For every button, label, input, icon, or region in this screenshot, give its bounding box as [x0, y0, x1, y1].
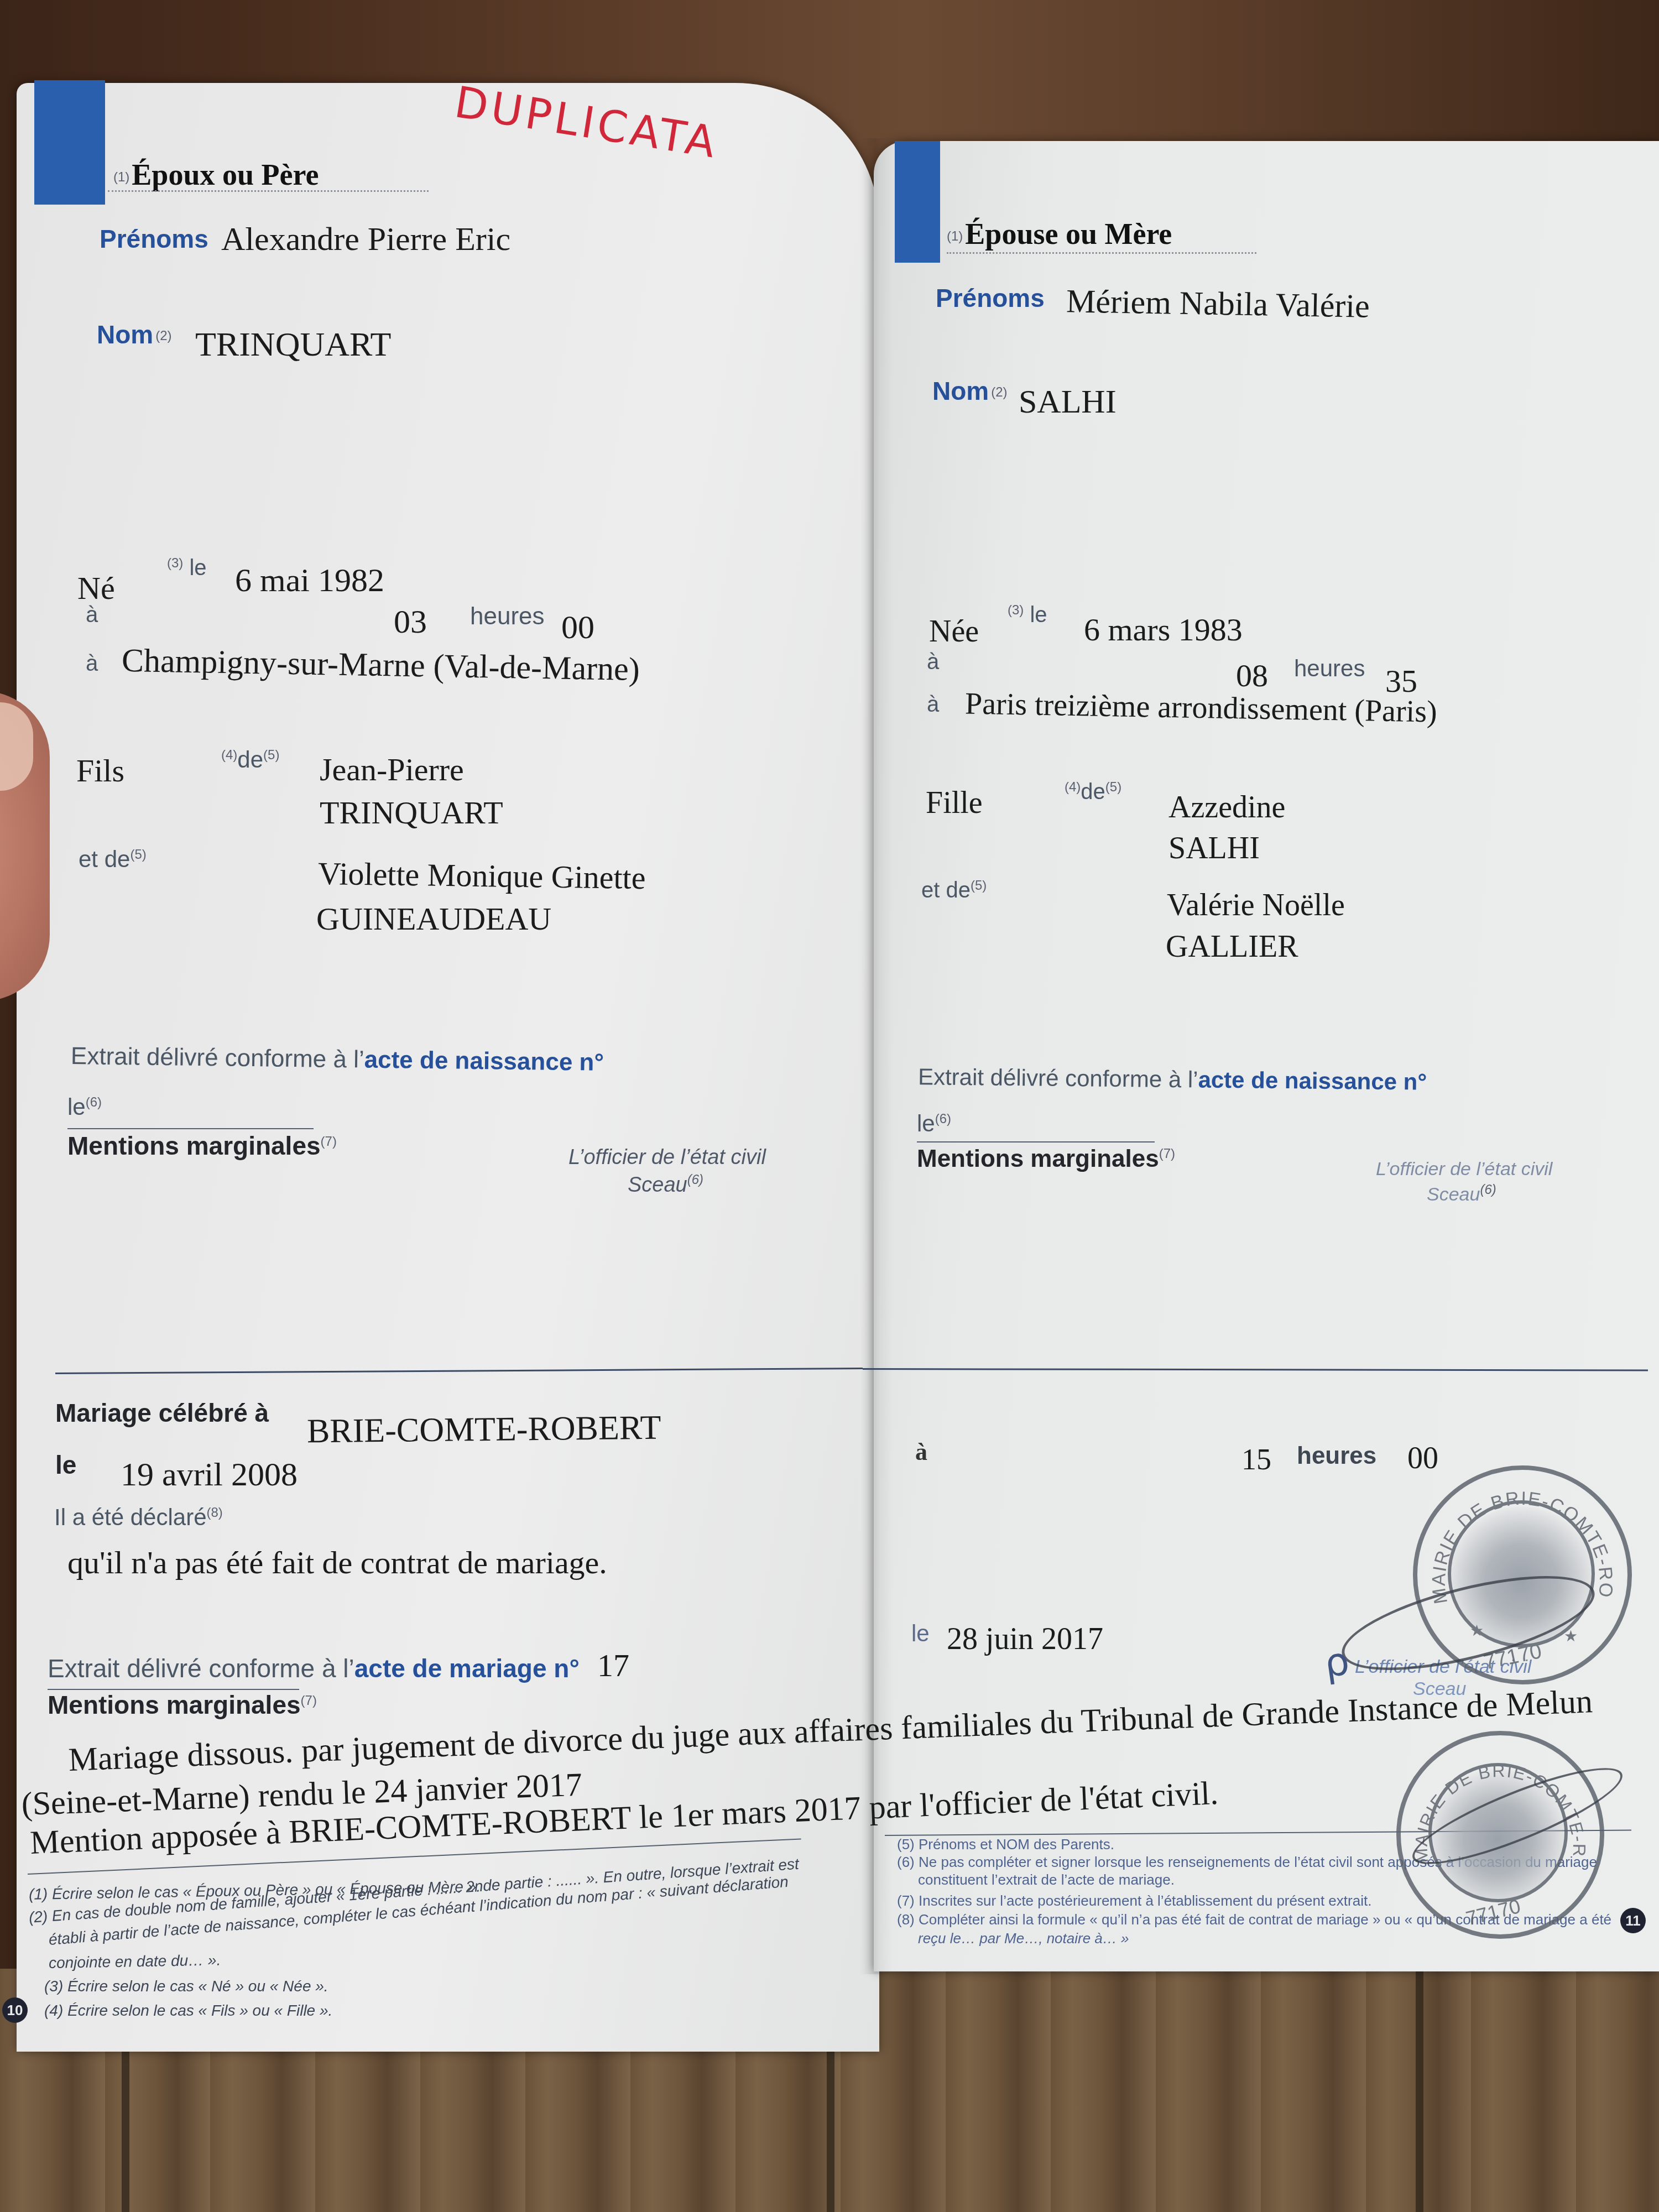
footnote-ref: (8): [207, 1505, 223, 1520]
nom-label-group: Nom (2): [97, 320, 172, 349]
officier-label: L’officier de l’état civil: [568, 1146, 766, 1170]
left-header-tab: [34, 80, 105, 205]
et-de-label: et de: [79, 846, 130, 872]
footnote-8-cont: reçu le… par Me…, notaire à… »: [918, 1930, 1129, 1947]
footnote-4: (4) Écrire selon le cas « Fils » ou « Fi…: [44, 2002, 332, 2020]
mentions-marginales-label: Mentions marginales: [67, 1131, 321, 1160]
sceau-label: Sceau: [1427, 1184, 1480, 1205]
fils-label: Fils: [76, 752, 124, 789]
issued-date: 28 juin 2017: [947, 1621, 1103, 1657]
epouse-birth-date: 6 mars 1983: [1084, 611, 1243, 648]
extrait-naissance-line: Extrait délivré conforme à l’acte de nai…: [918, 1063, 1427, 1096]
nom-label-group: Nom (2): [932, 376, 1008, 406]
footnote-3: (3) Écrire selon le cas « Né » ou « Née …: [44, 1978, 328, 1995]
de-label: de: [1081, 780, 1105, 804]
mentions-label-group: Mentions marginales(7): [67, 1131, 337, 1161]
signature-rule: [917, 1141, 1155, 1142]
section-title-epoux: Époux ou Père: [132, 158, 319, 191]
footnote-6-cont: constituent l’extrait de l’acte de maria…: [918, 1871, 1175, 1888]
footnote-ref: (4): [221, 748, 237, 763]
marriage-declaration: qu'il n'a pas été fait de contrat de mar…: [67, 1544, 607, 1581]
footnote-ref: (6): [935, 1112, 951, 1126]
page-number-left: 10: [2, 1997, 28, 2023]
left-section-header: (1) Époux ou Père: [113, 158, 319, 192]
le-label-group: (3) le: [1008, 603, 1047, 628]
marriage-a-label: à: [915, 1438, 927, 1466]
footnote-ref: (3): [1008, 603, 1024, 618]
footnote-ref: (5): [1105, 780, 1121, 795]
extrait-le-label: le: [917, 1110, 935, 1136]
sceau-label-group: Sceau(6): [628, 1172, 703, 1197]
footnote-ref: (4): [1065, 780, 1081, 795]
extrait-acte-label: acte de mariage n°: [354, 1654, 580, 1683]
officier-label: L’officier de l’état civil: [1376, 1159, 1552, 1180]
footnote-ref: (7): [1159, 1146, 1175, 1161]
epoux-birth-date: 6 mai 1982: [235, 561, 384, 599]
epouse-father-first-names: Azzedine: [1168, 790, 1285, 825]
marriage-date: 19 avril 2008: [121, 1455, 298, 1494]
extrait-mariage-line: Extrait délivré conforme à l’acte de mar…: [48, 1653, 580, 1683]
fille-label: Fille: [926, 785, 983, 821]
a-label: à: [86, 603, 98, 628]
issued-le-label: le: [911, 1620, 930, 1647]
epoux-nom: TRINQUART: [195, 325, 391, 364]
footnote-ref: (3): [167, 556, 183, 571]
mariage-celebre-label: Mariage célébré à: [55, 1398, 269, 1428]
epoux-mother-last-name: GUINEAUDEAU: [316, 900, 551, 937]
a-label: à: [927, 650, 939, 675]
epoux-prenoms: Alexandre Pierre Eric: [221, 220, 510, 258]
right-header-tab: [895, 141, 940, 263]
epouse-nom: SALHI: [1019, 383, 1117, 421]
nee-label: Née: [929, 614, 979, 649]
extrait-le-group: le(6): [67, 1094, 102, 1120]
et-de-label: et de: [921, 878, 971, 902]
footnote-7: (7) Inscrites sur l’acte postérieurement…: [897, 1892, 1371, 1910]
de-label-group: (4)de(5): [221, 747, 279, 773]
footnote-ref: (1): [947, 229, 963, 244]
heures-label: heures: [1294, 655, 1365, 682]
et-de-label-group: et de(5): [79, 846, 147, 873]
le-label: le: [189, 556, 206, 580]
svg-text:77170: 77170: [1463, 1895, 1522, 1930]
right-section-header: (1) Épouse ou Mère: [947, 217, 1172, 251]
footnote-ref: (5): [130, 847, 146, 862]
ne-label: Né: [77, 570, 115, 607]
footnote-ref: (1): [113, 170, 129, 185]
birth-place-a-label: à: [86, 651, 98, 676]
le-label: le: [1030, 603, 1047, 627]
mentions-label-group: Mentions marginales(7): [48, 1690, 317, 1720]
footnote-5: (5) Prénoms et NOM des Parents.: [897, 1836, 1114, 1853]
section-title-epouse: Épouse ou Mère: [965, 217, 1172, 251]
footnote-ref: (2): [155, 328, 171, 343]
marriage-heures-label: heures: [1297, 1442, 1376, 1470]
extrait-prefix: Extrait délivré conforme à l’: [918, 1063, 1198, 1092]
epouse-mother-last-name: GALLIER: [1166, 929, 1298, 964]
epoux-birth-minutes: 00: [561, 608, 594, 646]
extrait-acte-label: acte de naissance n°: [364, 1046, 604, 1076]
footnote-ref: (7): [301, 1693, 317, 1708]
epoux-father-last-name: TRINQUART: [320, 794, 503, 831]
epouse-father-last-name: SALHI: [1168, 831, 1260, 866]
mentions-label-group: Mentions marginales(7): [917, 1145, 1175, 1173]
epouse-prenoms: Mériem Nabila Valérie: [1066, 282, 1370, 326]
de-label: de: [237, 747, 263, 773]
footnote-ref: (6): [687, 1172, 703, 1187]
epouse-mother-first-names: Valérie Noëlle: [1167, 888, 1345, 923]
declare-label: Il a été déclaré: [54, 1504, 207, 1530]
marriage-hour: 15: [1241, 1442, 1271, 1477]
footnote-ref: (2): [991, 385, 1007, 400]
acte-mariage-number: 17: [597, 1647, 629, 1684]
mentions-marginales-label: Mentions marginales: [917, 1145, 1159, 1172]
epoux-mother-first-names: Violette Monique Ginette: [318, 855, 646, 896]
footnote-ref: (6): [86, 1095, 102, 1110]
et-de-label-group: et de(5): [921, 878, 987, 903]
header-dotted-rule: [108, 188, 429, 192]
prenoms-label: Prénoms: [936, 283, 1045, 313]
declare-label-group: Il a été déclaré(8): [54, 1504, 223, 1531]
nom-label: Nom: [97, 320, 153, 349]
le-label-group: (3) le: [167, 556, 207, 581]
extrait-acte-label: acte de naissance n°: [1198, 1066, 1427, 1094]
extrait-le-label: le: [67, 1094, 86, 1120]
signature-rule: [67, 1128, 314, 1129]
de-label-group: (4)de(5): [1065, 780, 1121, 805]
page-number-right: 11: [1620, 1908, 1646, 1933]
sceau-label: Sceau: [628, 1173, 687, 1197]
sceau-label-group: Sceau(6): [1427, 1182, 1496, 1206]
extrait-prefix: Extrait délivré conforme à l’: [71, 1042, 364, 1073]
heures-label: heures: [470, 603, 545, 630]
footnote-ref: (7): [321, 1134, 337, 1149]
footnote-ref: (5): [971, 878, 987, 893]
birth-place-a-label: à: [927, 692, 939, 717]
book-gutter: [860, 138, 893, 1974]
prenoms-label: Prénoms: [100, 224, 208, 254]
epouse-birth-hour: 08: [1236, 657, 1268, 694]
marriage-le-label: le: [55, 1450, 76, 1480]
footnote-ref: (5): [263, 748, 279, 763]
footnote-ref: (6): [1480, 1182, 1496, 1197]
mentions-marginales-label: Mentions marginales: [48, 1691, 301, 1719]
svg-text:★: ★: [1564, 1628, 1578, 1645]
wood-grain: [1416, 1969, 1423, 2212]
epoux-birth-hour: 03: [394, 603, 427, 641]
epoux-father-first-names: Jean-Pierre: [320, 751, 464, 788]
header-dotted-rule: [947, 250, 1256, 254]
nom-label: Nom: [932, 377, 989, 405]
marriage-place: BRIE-COMTE-ROBERT: [307, 1408, 661, 1452]
extrait-le-group: le(6): [917, 1110, 951, 1137]
extrait-prefix: Extrait délivré conforme à l’: [48, 1654, 354, 1683]
footnote-2-cont-2: conjointe en date du… ».: [49, 1952, 221, 1972]
